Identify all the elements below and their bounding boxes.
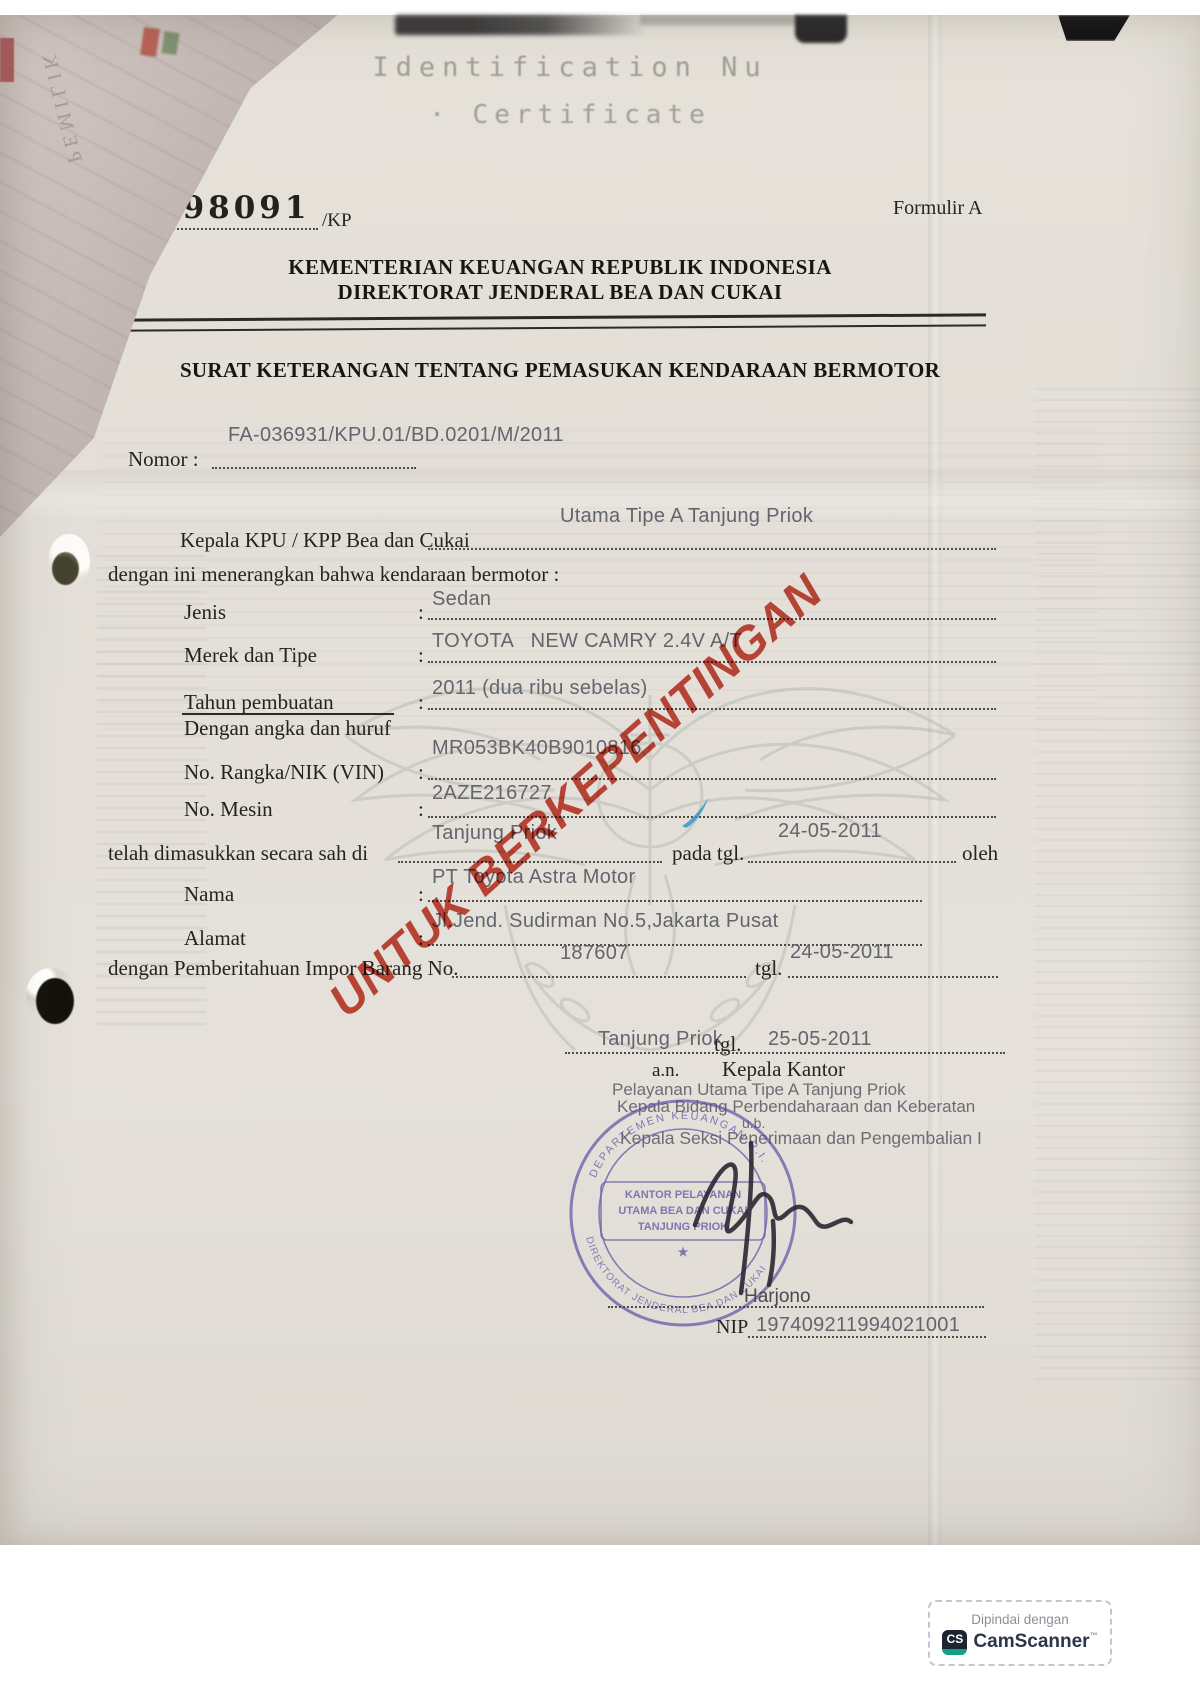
pib-dotted-line2 bbox=[788, 976, 998, 978]
masuk-label: telah dimasukkan secara sah di bbox=[108, 841, 368, 866]
merek-label: Merek dan Tipe bbox=[184, 643, 317, 668]
merek-colon: : bbox=[418, 643, 424, 668]
masuk-dotted-line2 bbox=[748, 861, 956, 863]
nip-dotted-line bbox=[748, 1336, 986, 1338]
pib-dotted-line1 bbox=[452, 976, 746, 978]
pib-value: 187607 bbox=[560, 942, 629, 965]
kepala-kpu-dotted-line bbox=[428, 548, 996, 550]
signer-name-dotted-line bbox=[608, 1306, 984, 1308]
blue-check-mark bbox=[678, 796, 714, 832]
bleed-text-line2: · Certificate bbox=[330, 100, 810, 130]
alamat-label: Alamat bbox=[184, 926, 246, 951]
camscanner-logo-icon: CS bbox=[942, 1630, 967, 1655]
closing-date-value: 25-05-2011 bbox=[768, 1028, 872, 1051]
registration-number-suffix: /KP bbox=[322, 210, 352, 232]
pib-tgl-label: tgl. bbox=[755, 956, 782, 981]
camscanner-brand-name: CamScanner™ bbox=[973, 1631, 1097, 1653]
tahun-value: 2011 (dua ribu sebelas) bbox=[432, 677, 648, 700]
oleh-label: oleh bbox=[962, 841, 998, 866]
nama-label: Nama bbox=[184, 882, 234, 907]
vin-label: No. Rangka/NIK (VIN) bbox=[184, 760, 384, 785]
nomor-label: Nomor : bbox=[128, 447, 199, 472]
kepala-kantor-label: Kepala Kantor bbox=[722, 1057, 845, 1082]
intro-sentence: dengan ini menerangkan bahwa kendaraan b… bbox=[108, 562, 559, 587]
scanned-document-page: Identification Nu · Certificate 098091 /… bbox=[0, 0, 1200, 1698]
punch-hole-bottom-dark bbox=[36, 978, 74, 1024]
closing-dotted-line bbox=[565, 1052, 1005, 1054]
nomor-value: FA-036931/KPU.01/BD.0201/M/2011 bbox=[228, 424, 564, 447]
tahun-label: Tahun pembuatan bbox=[184, 690, 334, 715]
masuk-date-value: 24-05-2011 bbox=[778, 820, 882, 843]
nip-label: NIP bbox=[716, 1316, 748, 1339]
signer-name: Harjono bbox=[744, 1286, 811, 1308]
pib-date-value: 24-05-2011 bbox=[790, 941, 894, 964]
pada-tgl-label: pada tgl. bbox=[672, 841, 744, 866]
ministry-header-line2: DIREKTORAT JENDERAL BEA DAN CUKAI bbox=[80, 280, 1040, 305]
form-code-label: Formulir A bbox=[893, 197, 982, 220]
jenis-value: Sedan bbox=[432, 588, 491, 611]
document-title: SURAT KETERANGAN TENTANG PEMASUKAN KENDA… bbox=[60, 358, 1060, 383]
an-label: a.n. bbox=[652, 1060, 679, 1082]
vin-colon: : bbox=[418, 760, 424, 785]
jenis-colon: : bbox=[418, 600, 424, 625]
punch-hole-top-shadow bbox=[52, 552, 79, 585]
handwritten-signature bbox=[655, 1125, 885, 1305]
camscanner-badge[interactable]: Dipindai dengan CS CamScanner™ bbox=[928, 1600, 1112, 1666]
vin-dotted-line bbox=[428, 778, 996, 780]
tahun-sublabel: Dengan angka dan huruf bbox=[184, 716, 391, 741]
camscanner-tm-mark: ™ bbox=[1090, 1631, 1098, 1640]
tahun-underline bbox=[182, 713, 394, 715]
ministry-header-line1: KEMENTERIAN KEUANGAN REPUBLIK INDONESIA bbox=[80, 255, 1040, 280]
nip-value: 197409211994021001 bbox=[756, 1314, 960, 1337]
mesin-colon: : bbox=[418, 797, 424, 822]
bleed-text-line1: Identification Nu bbox=[330, 52, 810, 83]
kepala-kpu-label: Kepala KPU / KPP Bea dan Cukai bbox=[180, 528, 470, 553]
camscanner-caption: Dipindai dengan bbox=[971, 1612, 1069, 1627]
closing-place-value: Tanjung Priok bbox=[598, 1028, 723, 1051]
tahun-colon: : bbox=[418, 690, 424, 715]
nomor-dotted-line bbox=[212, 467, 416, 469]
camscanner-logo-letters: CS bbox=[947, 1630, 964, 1649]
kepala-kpu-value: Utama Tipe A Tanjung Priok bbox=[560, 505, 813, 528]
mesin-label: No. Mesin bbox=[184, 797, 273, 822]
jenis-label: Jenis bbox=[184, 600, 226, 625]
